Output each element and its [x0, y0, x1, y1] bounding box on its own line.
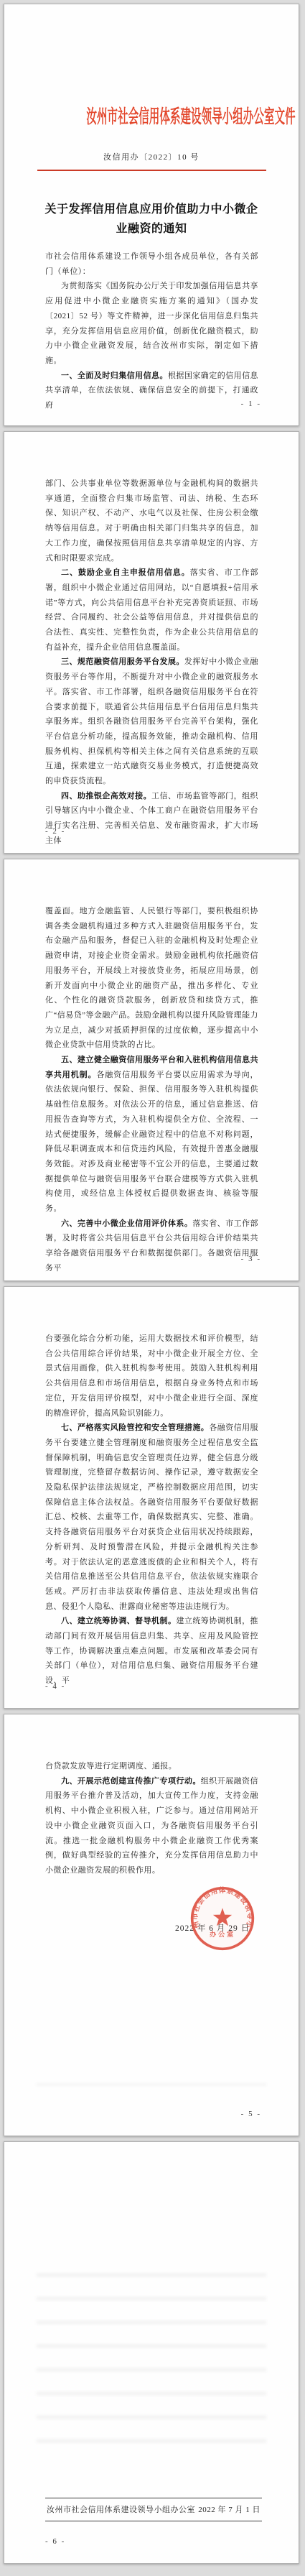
page-3-body: 覆盖面。地方金融监管、人民银行等部门，要积极组织协调各类金融机构通过多种方式入驻…: [4, 859, 299, 1276]
issuer-footer: 汝州市社会信用体系建设领导小组办公室 2022 年 7 月 1 日: [45, 2498, 262, 2521]
page-number: - 3 -: [241, 1255, 261, 1263]
paragraph: 部门、公共事业单位等数据源单位与金融机构间的数据共享通道，全面整合归集市场监管、…: [45, 476, 258, 565]
document-page-3: 覆盖面。地方金融监管、人民银行等部门，要积极组织协调各类金融机构通过多种方式入驻…: [4, 859, 299, 1281]
paragraph: 为贯彻落实《国务院办公厅关于印发加强信用信息共享应用促进中小微企业融资实施方案的…: [45, 279, 258, 368]
paragraph: 一、全面及时归集信用信息。根据国家确定的信用信息共享清单，在依法依规、确保信息安…: [45, 369, 258, 413]
paragraph: 二、鼓励企业自主申报信用信息。落实省、市工作部署，组织中小微企业通过信用网站，以…: [45, 565, 258, 655]
letterhead: 汝州市社会信用体系建设领导小组办公室文件: [4, 106, 299, 128]
page-number: - 2 -: [45, 827, 65, 836]
page-number: - 6 -: [45, 2537, 65, 2546]
document-page-2: 部门、公共事业单位等数据源单位与金融机构间的数据共享通道，全面整合归集市场监管、…: [4, 431, 299, 854]
document-page-1: 汝州市社会信用体系建设领导小组办公室文件 汝信用办〔2022〕10 号 关于发挥…: [4, 4, 299, 426]
seal-bottom-text: 办公室: [210, 1930, 235, 1938]
page-number: - 5 -: [241, 2110, 261, 2118]
document-page-6: 汝州市社会信用体系建设领导小组办公室 2022 年 7 月 1 日 - 6 -: [4, 2141, 299, 2564]
paragraph: 五、建立健全融资信用服务平台和入驻机构信用信息共享共用机制。各融资信用服务平台要…: [45, 1053, 258, 1217]
paragraph: 九、开展示范创建宣传推广专项行动。组织开展融资信用服务平台推介普及活动，加大宣传…: [45, 1774, 258, 1878]
page-5-body: 台贷款发放等进行定期调度、通报。 九、开展示范创建宣传推广专项行动。组织开展融资…: [4, 1714, 299, 1878]
notice-title-line2: 业融资的通知: [4, 219, 299, 239]
official-seal: 汝州市社会信用体系建设领导小组 办公室: [189, 1885, 255, 1952]
notice-title-line1: 关于发挥信用信息应用价值助力中小微企: [4, 200, 299, 219]
paragraph: 三、规范融资信用服务平台发展。发挥好中小微企业融资服务平台等作用，不断提升对中小…: [45, 655, 258, 788]
bleed-through: [37, 2264, 266, 2444]
print-date: 2022 年 7 月 1 日: [198, 2503, 261, 2515]
page-number: - 1 -: [241, 400, 261, 408]
document-page-4: 台要强化综合分析功能，运用大数据技术和评价模型，结合公共信用综合评价结果，对中小…: [4, 1286, 299, 1709]
page-4-body: 台要强化综合分析功能，运用大数据技术和评价模型，结合公共信用综合评价结果，对中小…: [4, 1287, 299, 1689]
paragraph: 四、助推银企高效对接。工信、市场监管等部门，组织引导辖区内中小微企业、个体工商户…: [45, 789, 258, 849]
paragraph: 八、建立统筹协调、督导机制。建立统筹协调机制，推动部门间有效开展信用信息归集、共…: [45, 1614, 258, 1689]
document-pages: 汝州市社会信用体系建设领导小组办公室文件 汝信用办〔2022〕10 号 关于发挥…: [0, 0, 305, 2576]
paragraph: 七、严格落实风险管控和安全管理措施。各融资信用服务平台要建立健全管理制度和融资服…: [45, 1421, 258, 1614]
document-page-5: 台贷款发放等进行定期调度、通报。 九、开展示范创建宣传推广专项行动。组织开展融资…: [4, 1714, 299, 2136]
bleed-through: [37, 2074, 266, 2107]
red-divider: [37, 170, 266, 171]
paragraph: 台要强化综合分析功能，运用大数据技术和评价模型，结合公共信用综合评价结果，对中小…: [45, 1331, 258, 1421]
page-2-body: 部门、公共事业单位等数据源单位与金融机构间的数据共享通道，全面整合归集市场监管、…: [4, 432, 299, 849]
paragraph: 市社会信用体系建设工作领导小组各成员单位，各有关部门（单位）：: [45, 249, 258, 279]
page-number: - 4 -: [45, 1682, 65, 1691]
paragraph: 覆盖面。地方金融监管、人民银行等部门，要积极组织协调各类金融机构通过多种方式入驻…: [45, 904, 258, 1053]
notice-title: 关于发挥信用信息应用价值助力中小微企 业融资的通知: [4, 200, 299, 239]
letterhead-title: 汝州市社会信用体系建设领导小组办公室文件: [86, 106, 295, 128]
paragraph: 六、完善中小微企业信用评价体系。落实省、市工作部署，及时将省公共信用信息平台公共…: [45, 1217, 258, 1276]
page-1-body: 市社会信用体系建设工作领导小组各成员单位，各有关部门（单位）： 为贯彻落实《国务…: [4, 249, 299, 413]
issuer-name: 汝州市社会信用体系建设领导小组办公室: [47, 2503, 195, 2515]
paragraph: 台贷款发放等进行定期调度、通报。: [45, 1759, 258, 1774]
doc-number: 汝信用办〔2022〕10 号: [4, 151, 299, 162]
